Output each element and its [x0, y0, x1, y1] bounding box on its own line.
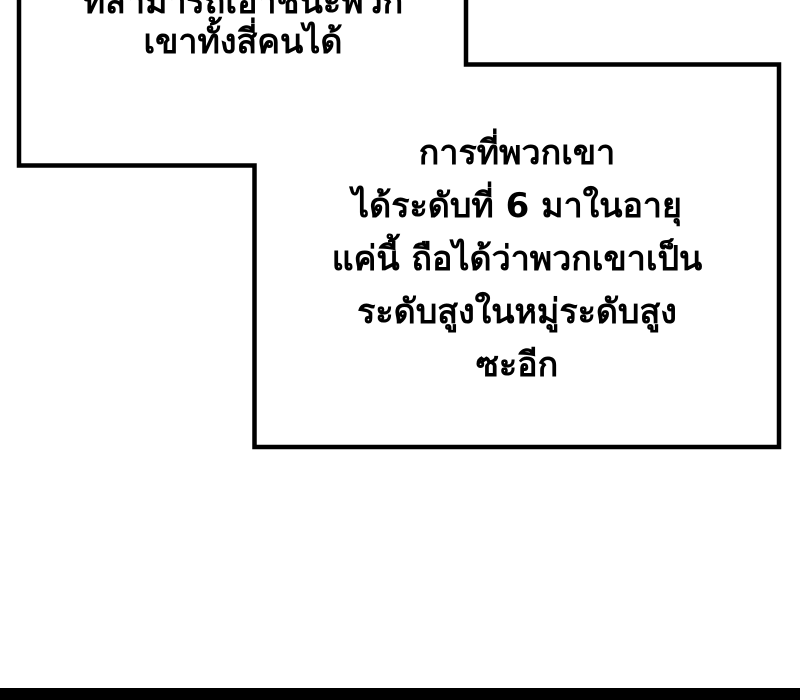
bubble2-line-3: แค่นี้ ถือได้ว่าพวกเขาเป็น	[259, 233, 775, 286]
bubble2-line-2: ได้ระดับที่ 6 มาในอายุ	[259, 180, 775, 233]
speech-bubble-1-text: ที่สามารถเอาชนะพวก เขาทั้งสี่คนได้	[21, 0, 465, 62]
bubble1-line-1: ที่สามารถเอาชนะพวก	[21, 0, 465, 22]
speech-bubble-2-text: การที่พวกเขา ได้ระดับที่ 6 มาในอายุ แค่น…	[259, 127, 775, 392]
bubble1-line-2: เขาทั้งสี่คนได้	[21, 22, 465, 62]
bubble2-line-5: ซะอีก	[259, 339, 775, 392]
bubble2-line-1: การที่พวกเขา	[259, 127, 775, 180]
comic-panel: ที่สามารถเอาชนะพวก เขาทั้งสี่คนได้ การที…	[0, 0, 800, 700]
next-panel-border	[0, 688, 800, 700]
bubble2-line-4: ระดับสูงในหมู่ระดับสูง	[259, 286, 775, 339]
